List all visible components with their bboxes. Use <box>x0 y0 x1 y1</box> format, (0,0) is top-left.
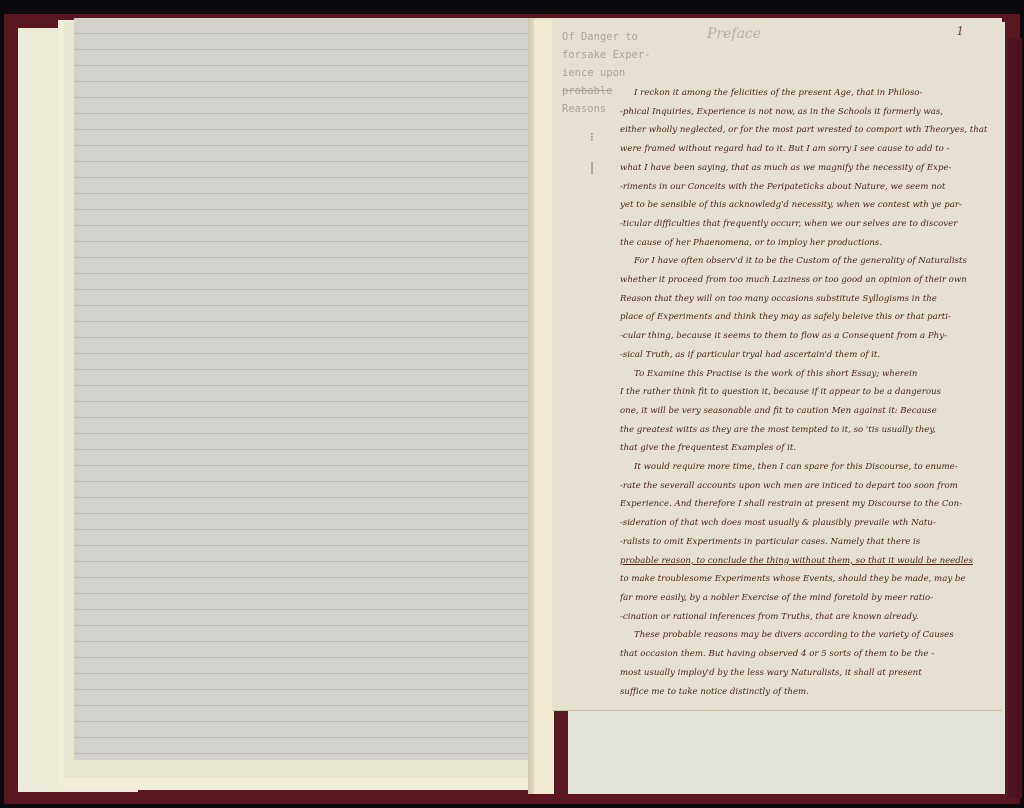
text-line: that occasion them. But having observed … <box>620 645 1002 664</box>
book-cover-edge <box>1008 38 1022 798</box>
marginal-note-line: forsake Exper- <box>562 46 652 64</box>
text-line: that give the frequentest Examples of it… <box>620 439 1002 458</box>
marginal-note-line: ience upon <box>562 64 652 82</box>
text-line: -cination or rational inferences from Tr… <box>620 608 1002 627</box>
text-line: -rate the severall accounts upon wch men… <box>620 477 1002 496</box>
text-line: whether it proceed from too much Lazines… <box>620 271 1002 290</box>
guard-strip <box>534 20 554 794</box>
text-line: -cular thing, because it seems to them t… <box>620 327 1002 346</box>
manuscript-text: I reckon it among the felicities of the … <box>620 84 1002 701</box>
text-line-underlined: probable reason, to conclude the thing w… <box>620 552 1002 571</box>
text-line: place of Experiments and think they may … <box>620 308 1002 327</box>
text-line: yet to be sensible of this acknowledg'd … <box>620 196 1002 215</box>
pencil-heading: Preface <box>707 26 761 42</box>
right-page: 1 Preface Of Danger to forsake Exper- ie… <box>552 18 1002 711</box>
text-line: -phical Inquiries, Experience is not now… <box>620 103 1002 122</box>
text-line: what I have been saying, that as much as… <box>620 159 1002 178</box>
text-line: either wholly neglected, or for the most… <box>620 121 1002 140</box>
text-line: the cause of her Phaenomena, or to implo… <box>620 234 1002 253</box>
paragraph-3: To Examine this Practise is the work of … <box>620 365 1002 459</box>
margin-mark: | <box>590 160 594 174</box>
margin-mark: ⁝ <box>590 130 594 144</box>
paragraph-5: These probable reasons may be divers acc… <box>620 626 1002 701</box>
text-line: To Examine this Practise is the work of … <box>620 365 1002 384</box>
text-line: I the rather think fit to question it, b… <box>620 383 1002 402</box>
text-line: one, it will be very seasonable and fit … <box>620 402 1002 421</box>
text-line: For I have often observ'd it to be the C… <box>620 252 1002 271</box>
text-line: -sical Truth, as if particular tryal had… <box>620 346 1002 365</box>
folio-number: 1 <box>956 24 964 38</box>
paragraph-4: It would require more time, then I can s… <box>620 458 1002 626</box>
text-line: to make troublesome Experiments whose Ev… <box>620 570 1002 589</box>
text-line: Reason that they will on too many occasi… <box>620 290 1002 309</box>
text-line: far more easily, by a nobler Exercise of… <box>620 589 1002 608</box>
text-line: suffice me to take notice distinctly of … <box>620 683 1002 702</box>
text-line: the greatest witts as they are the most … <box>620 421 1002 440</box>
text-line: -riments in our Conceits with the Peripa… <box>620 178 1002 197</box>
marginal-note-line: Of Danger to <box>562 28 652 46</box>
text-line: These probable reasons may be divers acc… <box>620 626 1002 645</box>
paragraph-2: For I have often observ'd it to be the C… <box>620 252 1002 364</box>
text-line: were framed without regard had to it. Bu… <box>620 140 1002 159</box>
left-page-ruled-blank <box>74 18 528 760</box>
text-line: -ticular difficulties that frequently oc… <box>620 215 1002 234</box>
paragraph-1: I reckon it among the felicities of the … <box>620 84 1002 252</box>
text-line: It would require more time, then I can s… <box>620 458 1002 477</box>
text-line: I reckon it among the felicities of the … <box>620 84 1002 103</box>
text-line: Experience. And therefore I shall restra… <box>620 495 1002 514</box>
text-line: most usually imploy'd by the less wary N… <box>620 664 1002 683</box>
text-line: -sideration of that wch does most usuall… <box>620 514 1002 533</box>
text-line: -ralists to omit Experiments in particul… <box>620 533 1002 552</box>
